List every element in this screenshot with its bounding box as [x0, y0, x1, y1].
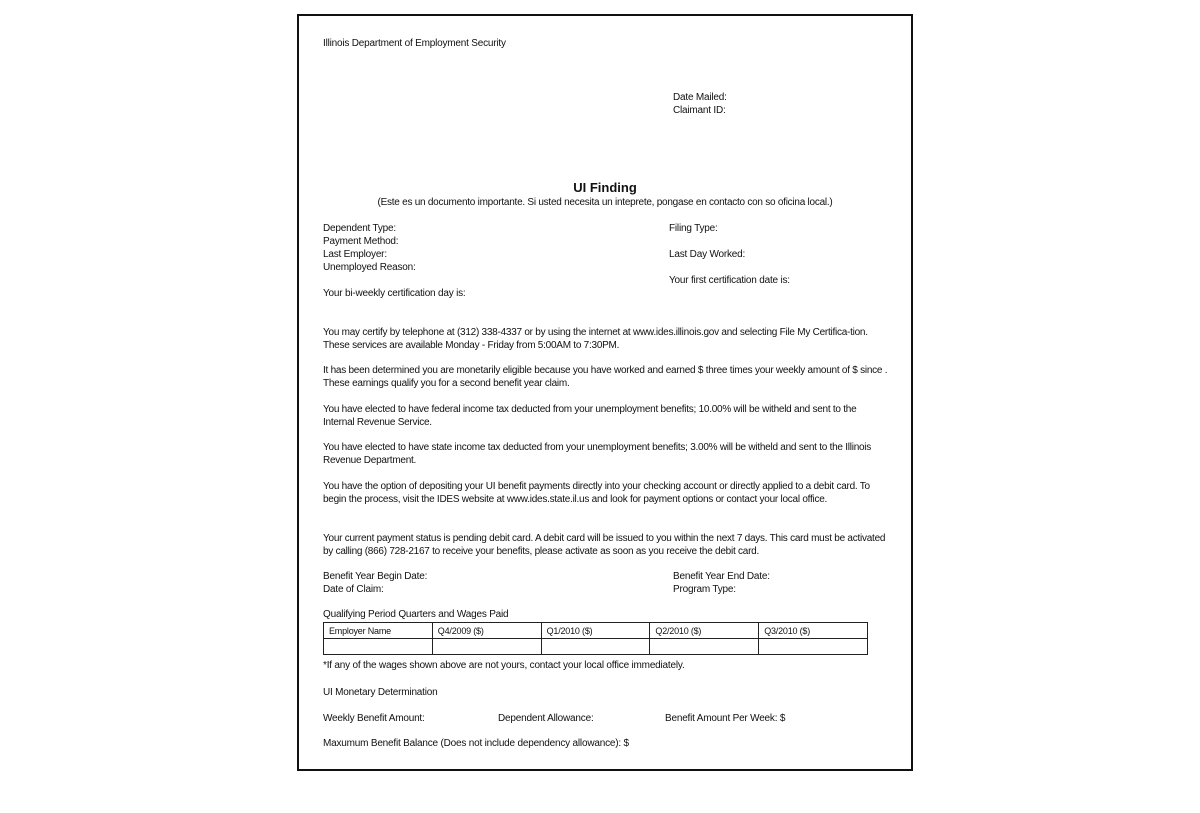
header-q1-2010: Q1/2010 ($) — [541, 623, 650, 639]
weekly-benefit-label: Weekly Benefit Amount: — [323, 712, 425, 725]
table-header-row: Employer Name Q4/2009 ($) Q1/2010 ($) Q2… — [324, 623, 868, 639]
header-q3-2010: Q3/2010 ($) — [759, 623, 868, 639]
monetary-heading: UI Monetary Determination — [323, 686, 438, 699]
table-row — [324, 639, 868, 655]
wages-table: Employer Name Q4/2009 ($) Q1/2010 ($) Q2… — [323, 622, 868, 655]
unemployed-reason-label: Unemployed Reason: — [323, 261, 416, 274]
benefit-year-begin-label: Benefit Year Begin Date: — [323, 570, 427, 583]
payment-method-label: Payment Method: — [323, 235, 398, 248]
document-page: Illinois Department of Employment Securi… — [297, 14, 913, 771]
cell-employer-name — [324, 639, 433, 655]
dependent-type-label: Dependent Type: — [323, 222, 396, 235]
benefit-year-end-label: Benefit Year End Date: — [673, 570, 770, 583]
paragraph-deposit-option: You have the option of depositing your U… — [323, 480, 889, 506]
paragraph-eligibility: It has been determined you are monetaril… — [323, 364, 889, 390]
paragraph-payment-status: Your current payment status is pending d… — [323, 532, 889, 558]
paragraph-certify: You may certify by telephone at (312) 33… — [323, 326, 889, 352]
cell-q2-2010 — [650, 639, 759, 655]
header-q4-2009: Q4/2009 ($) — [432, 623, 541, 639]
document-title: UI Finding — [299, 180, 911, 195]
max-benefit-balance-label: Maxumum Benefit Balance (Does not includ… — [323, 737, 629, 750]
benefit-per-week-label: Benefit Amount Per Week: $ — [665, 712, 785, 725]
program-type-label: Program Type: — [673, 583, 736, 596]
agency-name: Illinois Department of Employment Securi… — [323, 37, 506, 50]
filing-type-label: Filing Type: — [669, 222, 718, 235]
dependent-allowance-label: Dependent Allowance: — [498, 712, 594, 725]
cell-q3-2010 — [759, 639, 868, 655]
paragraph-federal-tax: You have elected to have federal income … — [323, 403, 889, 429]
cell-q4-2009 — [432, 639, 541, 655]
document-subtitle: (Este es un documento importante. Si ust… — [299, 197, 911, 208]
last-employer-label: Last Employer: — [323, 248, 387, 261]
cell-q1-2010 — [541, 639, 650, 655]
header-employer-name: Employer Name — [324, 623, 433, 639]
date-of-claim-label: Date of Claim: — [323, 583, 384, 596]
paragraph-state-tax: You have elected to have state income ta… — [323, 441, 889, 467]
first-cert-date-label: Your first certification date is: — [669, 274, 790, 287]
last-day-worked-label: Last Day Worked: — [669, 248, 745, 261]
header-q2-2010: Q2/2010 ($) — [650, 623, 759, 639]
wages-footnote: *If any of the wages shown above are not… — [323, 659, 685, 672]
biweekly-cert-label: Your bi-weekly certification day is: — [323, 287, 466, 300]
wages-table-caption: Qualifying Period Quarters and Wages Pai… — [323, 608, 508, 621]
date-mailed-label: Date Mailed: — [673, 91, 727, 104]
claimant-id-label: Claimant ID: — [673, 104, 726, 117]
